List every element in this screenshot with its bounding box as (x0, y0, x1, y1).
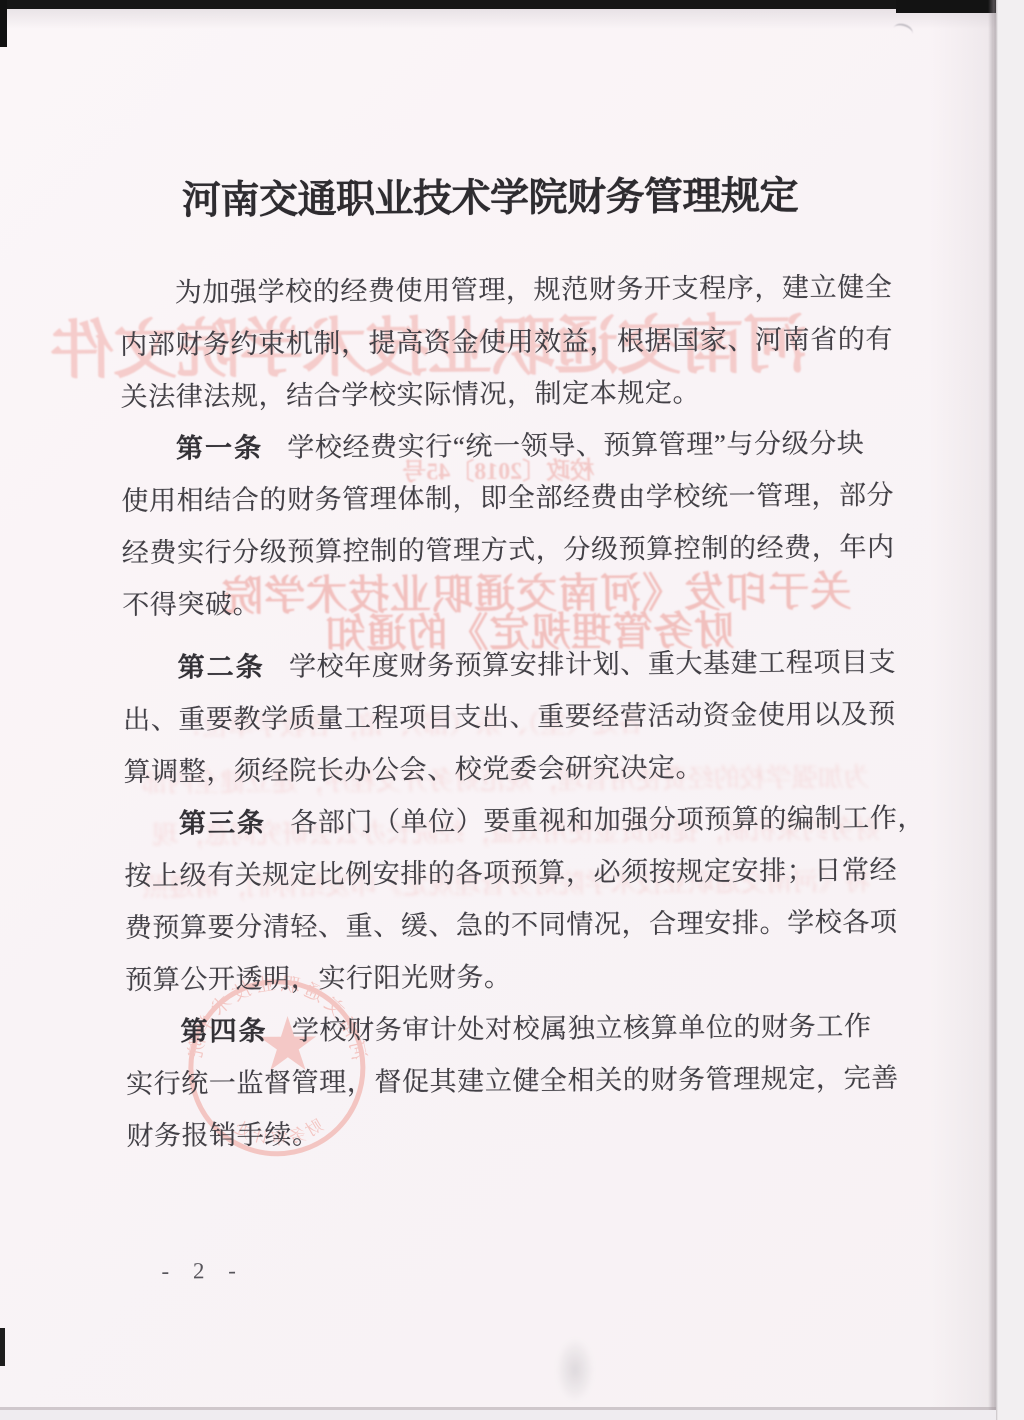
text-line: 实行统一监督管理，督促其建立健全相关的财务管理规定，完善 (126, 1056, 899, 1101)
scanned-page: 河南交通职业技术学院文件校政〔2018〕45号关于印发《河南交通职业技术学院财务… (0, 0, 1024, 1420)
text-line: 使用相结合的财务管理体制，即全部经费由学校统一管理，部分 (121, 473, 894, 518)
text-line: 费预算要分清轻、重、缓、急的不同情况，合理安排。学校各项 (125, 900, 898, 945)
text-line: 不得突破。 (122, 582, 260, 622)
scan-edge-top (0, 0, 1024, 9)
text-line: 按上级有关规定比例安排的各项预算，必须按规定安排；日常经 (124, 848, 897, 893)
text-line: 第二条学校年度财务预算安排计划、重大基建工程项目支 (178, 640, 897, 685)
document-title: 河南交通职业技术学院财务管理规定 (182, 165, 798, 226)
page-number: - 2 - (161, 1258, 245, 1285)
scanner-background-strip (996, 0, 1024, 1420)
page-right-edge-shadow (988, 0, 998, 1420)
text-line: 第四条学校财务审计处对校属独立核算单位的财务工作 (180, 1004, 871, 1048)
article-number: 第一条 (176, 433, 263, 464)
text-line: 第一条学校经费实行“统一领导、预算管理”与分级分块 (176, 421, 865, 465)
article-number: 第二条 (178, 652, 265, 683)
text-line: 关法律法规，结合学校实际情况，制定本规定。 (120, 370, 700, 414)
text-line: 预算公开透明，实行阳光财务。 (125, 955, 512, 997)
scan-edge-left (0, 0, 7, 47)
text-line: 内部财务约束机制，提高资金使用效益，根据国家、河南省的有 (120, 317, 893, 362)
text-line: 出、重要教学质量工程项目支出、重要经营活动资金使用以及预 (123, 692, 896, 737)
document-content: 河南交通职业技术学院文件校政〔2018〕45号关于印发《河南交通职业技术学院财务… (0, 0, 1002, 1420)
scan-bottom-strip (0, 1410, 996, 1420)
text-line: 经费实行分级预算控制的管理方式，分级预算控制的经费，年内 (122, 525, 895, 570)
article-number: 第四条 (180, 1016, 267, 1047)
scan-edge-left-bottom (0, 1328, 5, 1366)
article-number: 第三条 (179, 808, 266, 839)
text-line: 财务报销手续。 (126, 1112, 320, 1153)
text-line: 为加强学校的经费使用管理，规范财务开支程序，建立健全 (175, 265, 893, 310)
text-line: 第三条各部门（单位）要重视和加强分项预算的编制工作， (179, 796, 925, 841)
text-line: 算调整，须经院长办公会、校党委会研究决定。 (123, 745, 703, 789)
paper-smudge (556, 1338, 594, 1402)
